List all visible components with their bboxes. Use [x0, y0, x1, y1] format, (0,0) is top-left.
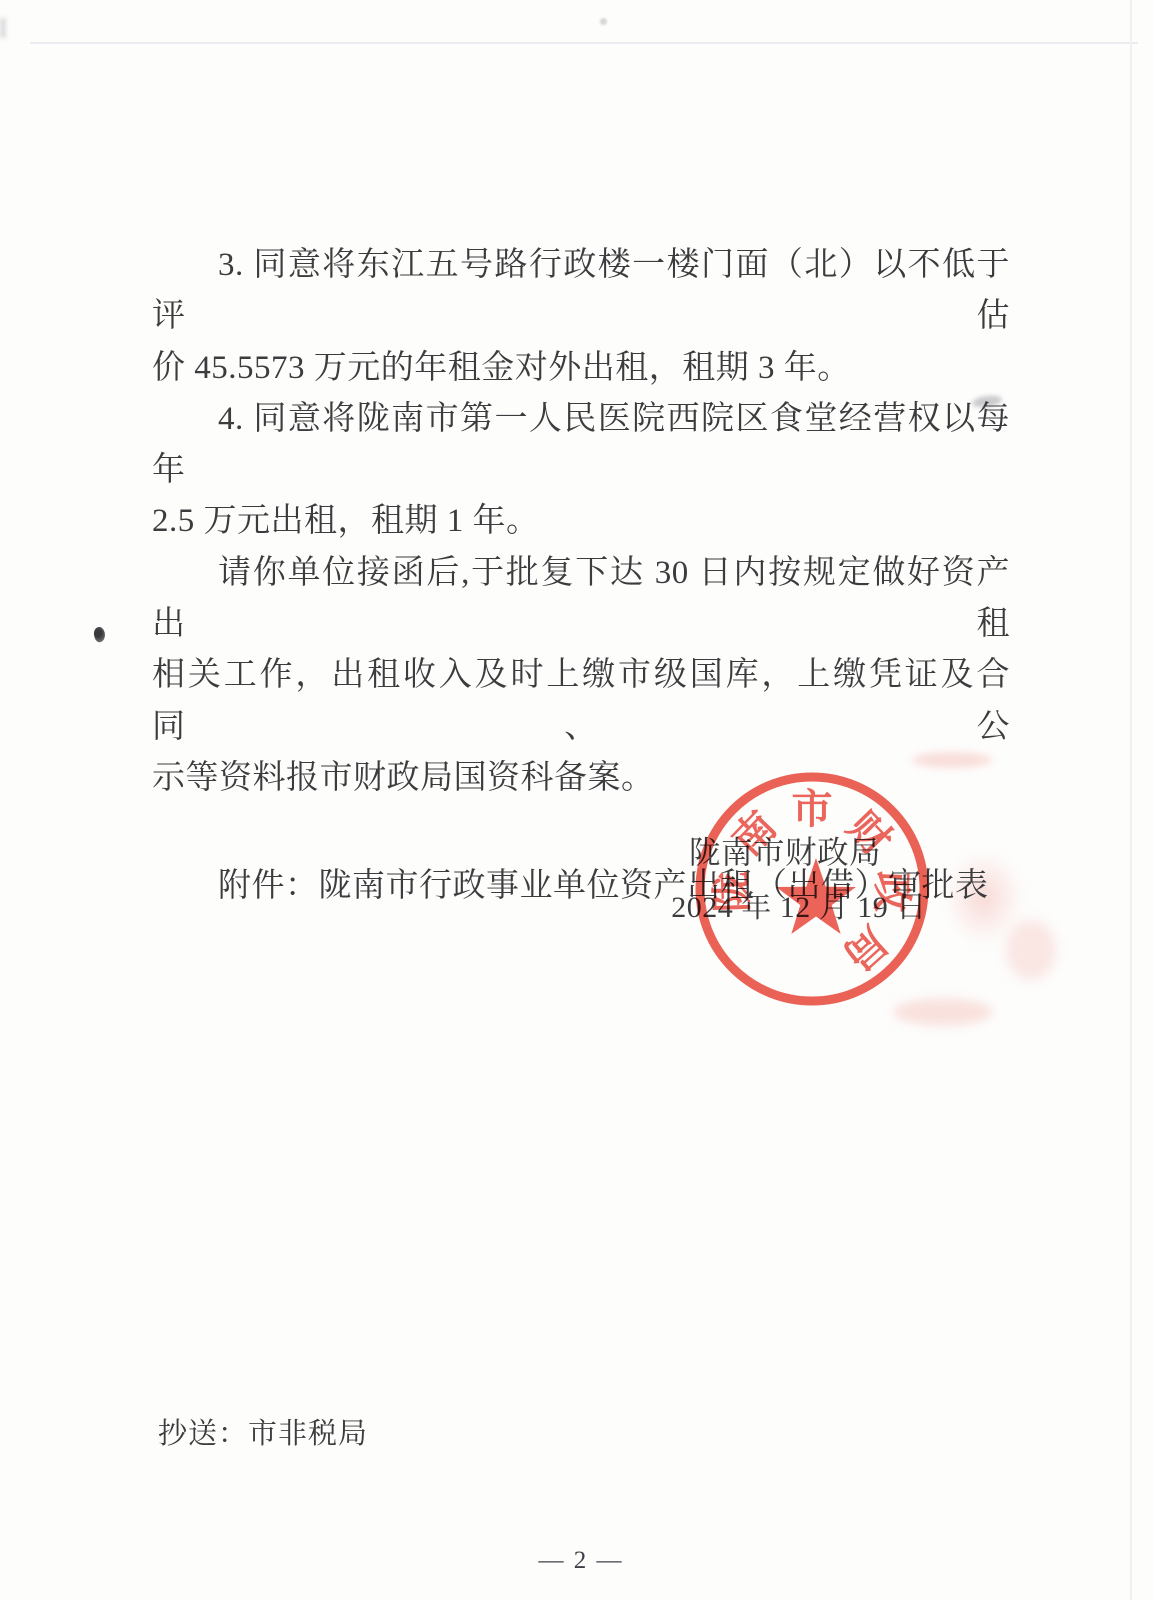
scan-speck: [600, 18, 607, 25]
scan-speck: [0, 18, 6, 38]
paragraph-3-line-2: 价 45.5573 万元的年租金对外出租，租期 3 年。: [152, 343, 1010, 394]
seal-arc-char: 市: [792, 786, 833, 832]
scanned-document-page: 3. 同意将东江五号路行政楼一楼门面（北）以不低于评估 价 45.5573 万元…: [0, 0, 1153, 1600]
scan-speck: [92, 626, 107, 643]
seal-arc-char: 政: [868, 871, 915, 914]
cc-line: 抄送：市非税局: [158, 1411, 368, 1452]
seal-star-icon: [776, 858, 856, 934]
paragraph-4-line-1: 4. 同意将陇南市第一人民医院西院区食堂经营权以每年: [152, 394, 1010, 497]
official-seal: 陇 南 市 财 政 局: [682, 759, 942, 1019]
closing-paragraph-line-1: 请你单位接函后,于批复下达 30 日内按规定做好资产出租: [152, 548, 1010, 651]
seal-arc-char: 陇: [708, 871, 755, 914]
page-number: — 2 —: [476, 1547, 686, 1575]
paragraph-3-line-1: 3. 同意将东江五号路行政楼一楼门面（北）以不低于评估: [152, 240, 1010, 343]
seal-ink-smudge: [1006, 920, 1056, 980]
paragraph-4-line-2: 2.5 万元出租，租期 1 年。: [152, 496, 1010, 547]
scan-artifact-line-top: [30, 42, 1138, 44]
closing-paragraph-line-2: 相关工作，出租收入及时上缴市级国库，上缴凭证及合同、公: [152, 650, 1010, 753]
scan-artifact-line-right: [1130, 0, 1132, 1600]
